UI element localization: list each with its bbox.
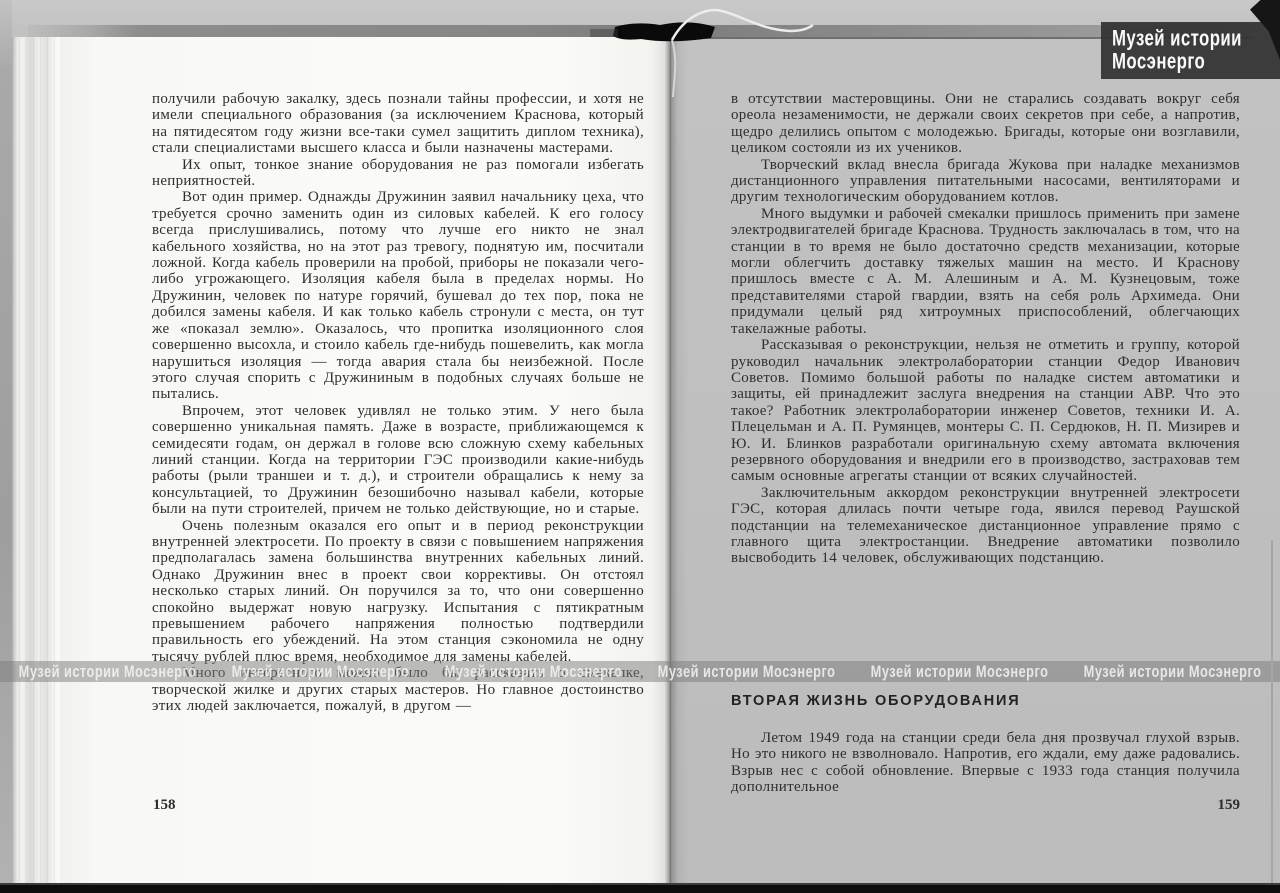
- watermark-logo-box: Музей истории Мосэнерго: [1101, 22, 1280, 79]
- scanner-lid-strip: [0, 0, 12, 884]
- watermark-band-text: Музей истории Мосэнерго: [871, 663, 1049, 681]
- scan-bottom-edge: [0, 883, 1280, 893]
- paragraph: Много выдумки и рабочей смекалки пришлос…: [731, 206, 1240, 337]
- book-scan: получили рабочую закалку, здесь познали …: [0, 0, 1280, 893]
- right-page-text: в отсутствии мастеровщины. Они не старал…: [731, 91, 1240, 567]
- paragraph: в отсутствии мастеровщины. Они не старал…: [731, 91, 1240, 157]
- watermark-logo-line2: Мосэнерго: [1112, 50, 1253, 76]
- left-page-number: 158: [153, 797, 176, 814]
- right-page-edge: [1271, 540, 1273, 884]
- left-page-text: получили рабочую закалку, здесь познали …: [152, 91, 644, 714]
- paragraph: Рассказывая о реконструкции, нельзя не о…: [731, 337, 1240, 485]
- paragraph: получили рабочую закалку, здесь познали …: [152, 91, 644, 157]
- paragraph: Вот один пример. Однажды Дружинин заявил…: [152, 189, 644, 402]
- paragraph: Творческий вклад внесла бригада Жукова п…: [731, 157, 1240, 206]
- watermark-band-text: Музей истории Мосэнерго: [658, 663, 836, 681]
- section-heading: ВТОРАЯ ЖИЗНЬ ОБОРУДОВАНИЯ: [731, 693, 1020, 709]
- paragraph: Заключительным аккордом реконструкции вн…: [731, 485, 1240, 567]
- watermark-band-text: Музей истории Мосэнерго: [232, 663, 410, 681]
- page-edges: [12, 37, 60, 884]
- paragraph: Очень полезным оказался его опыт и в пер…: [152, 518, 644, 666]
- watermark-band-text: Музей истории Мосэнерго: [445, 663, 623, 681]
- book-gutter-shadow: [652, 37, 688, 884]
- watermark-band-text: Музей истории Мосэнерго: [1084, 663, 1262, 681]
- watermark-logo-line1: Музей истории: [1112, 27, 1253, 53]
- right-page-number: 159: [1140, 797, 1240, 814]
- watermark-band-text: Музей истории Мосэнерго: [19, 663, 197, 681]
- paragraph: Их опыт, тонкое знание оборудования не р…: [152, 157, 644, 190]
- watermark-band: Музей истории МосэнергоМузей истории Мос…: [0, 661, 1280, 682]
- paragraph: Впрочем, этот человек удивлял не только …: [152, 403, 644, 518]
- right-page-text-after-heading: Летом 1949 года на станции среди бела дн…: [731, 730, 1240, 796]
- paragraph: Летом 1949 года на станции среди бела дн…: [731, 730, 1240, 796]
